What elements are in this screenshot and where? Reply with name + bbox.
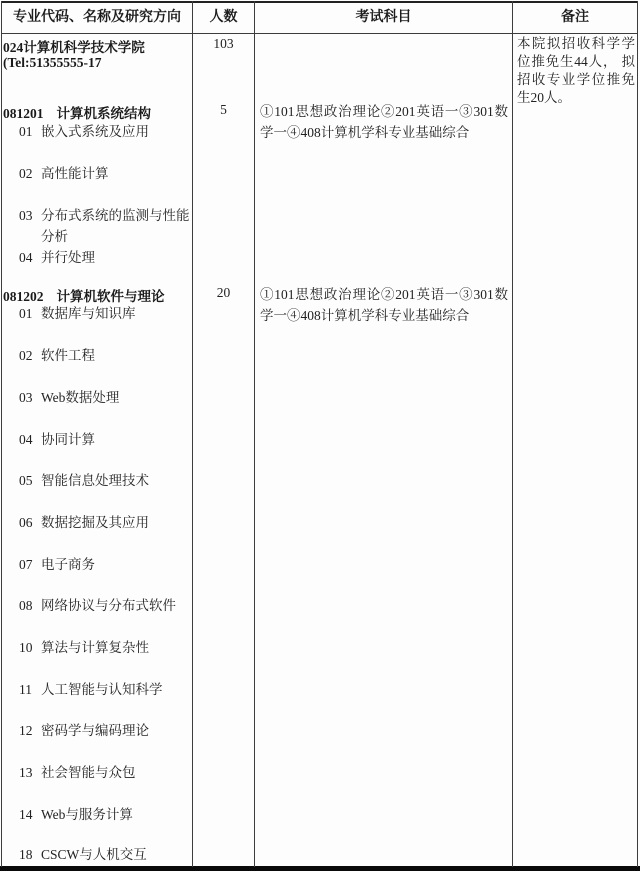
college-quota: 103	[193, 36, 254, 52]
research-direction-item: 18CSCW与人机交互	[19, 845, 191, 866]
direction-number: 02	[19, 164, 41, 185]
direction-number: 05	[19, 471, 41, 492]
research-direction-item: 14Web与服务计算	[19, 805, 191, 826]
direction-number: 06	[19, 513, 41, 534]
table-bottom-border	[0, 866, 640, 871]
direction-number: 01	[19, 122, 41, 143]
direction-number: 08	[19, 596, 41, 617]
program-quota-081201: 5	[193, 102, 254, 118]
research-direction-item: 05智能信息处理技术	[19, 471, 191, 492]
direction-label: 协同计算	[41, 430, 191, 451]
research-direction-item: 10算法与计算复杂性	[19, 638, 191, 659]
direction-number: 04	[19, 430, 41, 451]
direction-label: 软件工程	[41, 346, 191, 367]
direction-number: 11	[19, 680, 41, 701]
direction-label: Web数据处理	[41, 388, 191, 409]
direction-label: 高性能计算	[41, 164, 191, 185]
program-code: 081202	[3, 289, 44, 304]
direction-label: 分布式系统的监测与性能分析	[41, 206, 191, 247]
direction-label: 数据挖掘及其应用	[41, 513, 191, 534]
direction-label: CSCW与人机交互	[41, 845, 191, 866]
column-divider-2	[254, 1, 255, 867]
header-divider-line	[1, 33, 638, 34]
col-header-major-code: 专业代码、名称及研究方向	[2, 2, 192, 33]
research-direction-item: 11人工智能与认知科学	[19, 680, 191, 701]
direction-label: 密码学与编码理论	[41, 721, 191, 742]
research-direction-item: 01数据库与知识库	[19, 304, 191, 325]
direction-number: 14	[19, 805, 41, 826]
research-direction-item: 12密码学与编码理论	[19, 721, 191, 742]
program-subjects-081201: ①101思想政治理论②201英语一③301数学一④408计算机学科专业基础综合	[260, 102, 508, 143]
research-direction-item: 06数据挖掘及其应用	[19, 513, 191, 534]
table-right-border	[637, 1, 638, 867]
research-direction-item: 02软件工程	[19, 346, 191, 367]
direction-number: 13	[19, 763, 41, 784]
program-name: 计算机软件与理论	[57, 289, 165, 304]
program-name: 计算机系统结构	[57, 106, 152, 121]
college-tel: (Tel:51355555-17	[3, 55, 190, 71]
direction-label: 并行处理	[41, 248, 191, 269]
research-direction-item: 04并行处理	[19, 248, 191, 269]
direction-number: 18	[19, 845, 41, 866]
program-code: 081201	[3, 106, 44, 121]
college-remark: 本院拟招收科学学位推免生44人， 拟招收专业学位推免生20人。	[517, 35, 635, 107]
table-left-border	[1, 1, 2, 867]
direction-number: 03	[19, 388, 41, 409]
direction-label: 电子商务	[41, 555, 191, 576]
direction-label: 人工智能与认知科学	[41, 680, 191, 701]
direction-number: 07	[19, 555, 41, 576]
direction-label: 嵌入式系统及应用	[41, 122, 191, 143]
research-direction-item: 07电子商务	[19, 555, 191, 576]
direction-label: 数据库与知识库	[41, 304, 191, 325]
program-header-081202: 081202计算机软件与理论	[3, 285, 190, 305]
research-direction-item: 01嵌入式系统及应用	[19, 122, 191, 143]
program-header-081201: 081201计算机系统结构	[3, 102, 190, 122]
program-quota-081202: 20	[193, 285, 254, 301]
research-direction-item: 03Web数据处理	[19, 388, 191, 409]
direction-number: 03	[19, 206, 41, 247]
direction-label: 社会智能与众包	[41, 763, 191, 784]
direction-number: 04	[19, 248, 41, 269]
direction-label: 网络协议与分布式软件	[41, 596, 191, 617]
column-divider-1	[192, 1, 193, 867]
direction-label: 算法与计算复杂性	[41, 638, 191, 659]
direction-label: Web与服务计算	[41, 805, 191, 826]
col-header-exam-subjects: 考试科目	[255, 2, 512, 33]
admission-catalog-table: 专业代码、名称及研究方向 人数 考试科目 备注 024计算机科学技术学院 (Te…	[0, 0, 640, 871]
direction-number: 02	[19, 346, 41, 367]
direction-label: 智能信息处理技术	[41, 471, 191, 492]
research-direction-item: 04协同计算	[19, 430, 191, 451]
direction-number: 01	[19, 304, 41, 325]
research-direction-item: 03分布式系统的监测与性能分析	[19, 206, 191, 247]
direction-number: 10	[19, 638, 41, 659]
column-divider-3	[512, 1, 513, 867]
research-direction-item: 02高性能计算	[19, 164, 191, 185]
program-subjects-081202: ①101思想政治理论②201英语一③301数学一④408计算机学科专业基础综合	[260, 285, 508, 326]
research-direction-item: 13社会智能与众包	[19, 763, 191, 784]
col-header-quota: 人数	[193, 2, 254, 33]
direction-number: 12	[19, 721, 41, 742]
col-header-remarks: 备注	[513, 2, 637, 33]
research-direction-item: 08网络协议与分布式软件	[19, 596, 191, 617]
college-name: 024计算机科学技术学院	[3, 36, 190, 56]
